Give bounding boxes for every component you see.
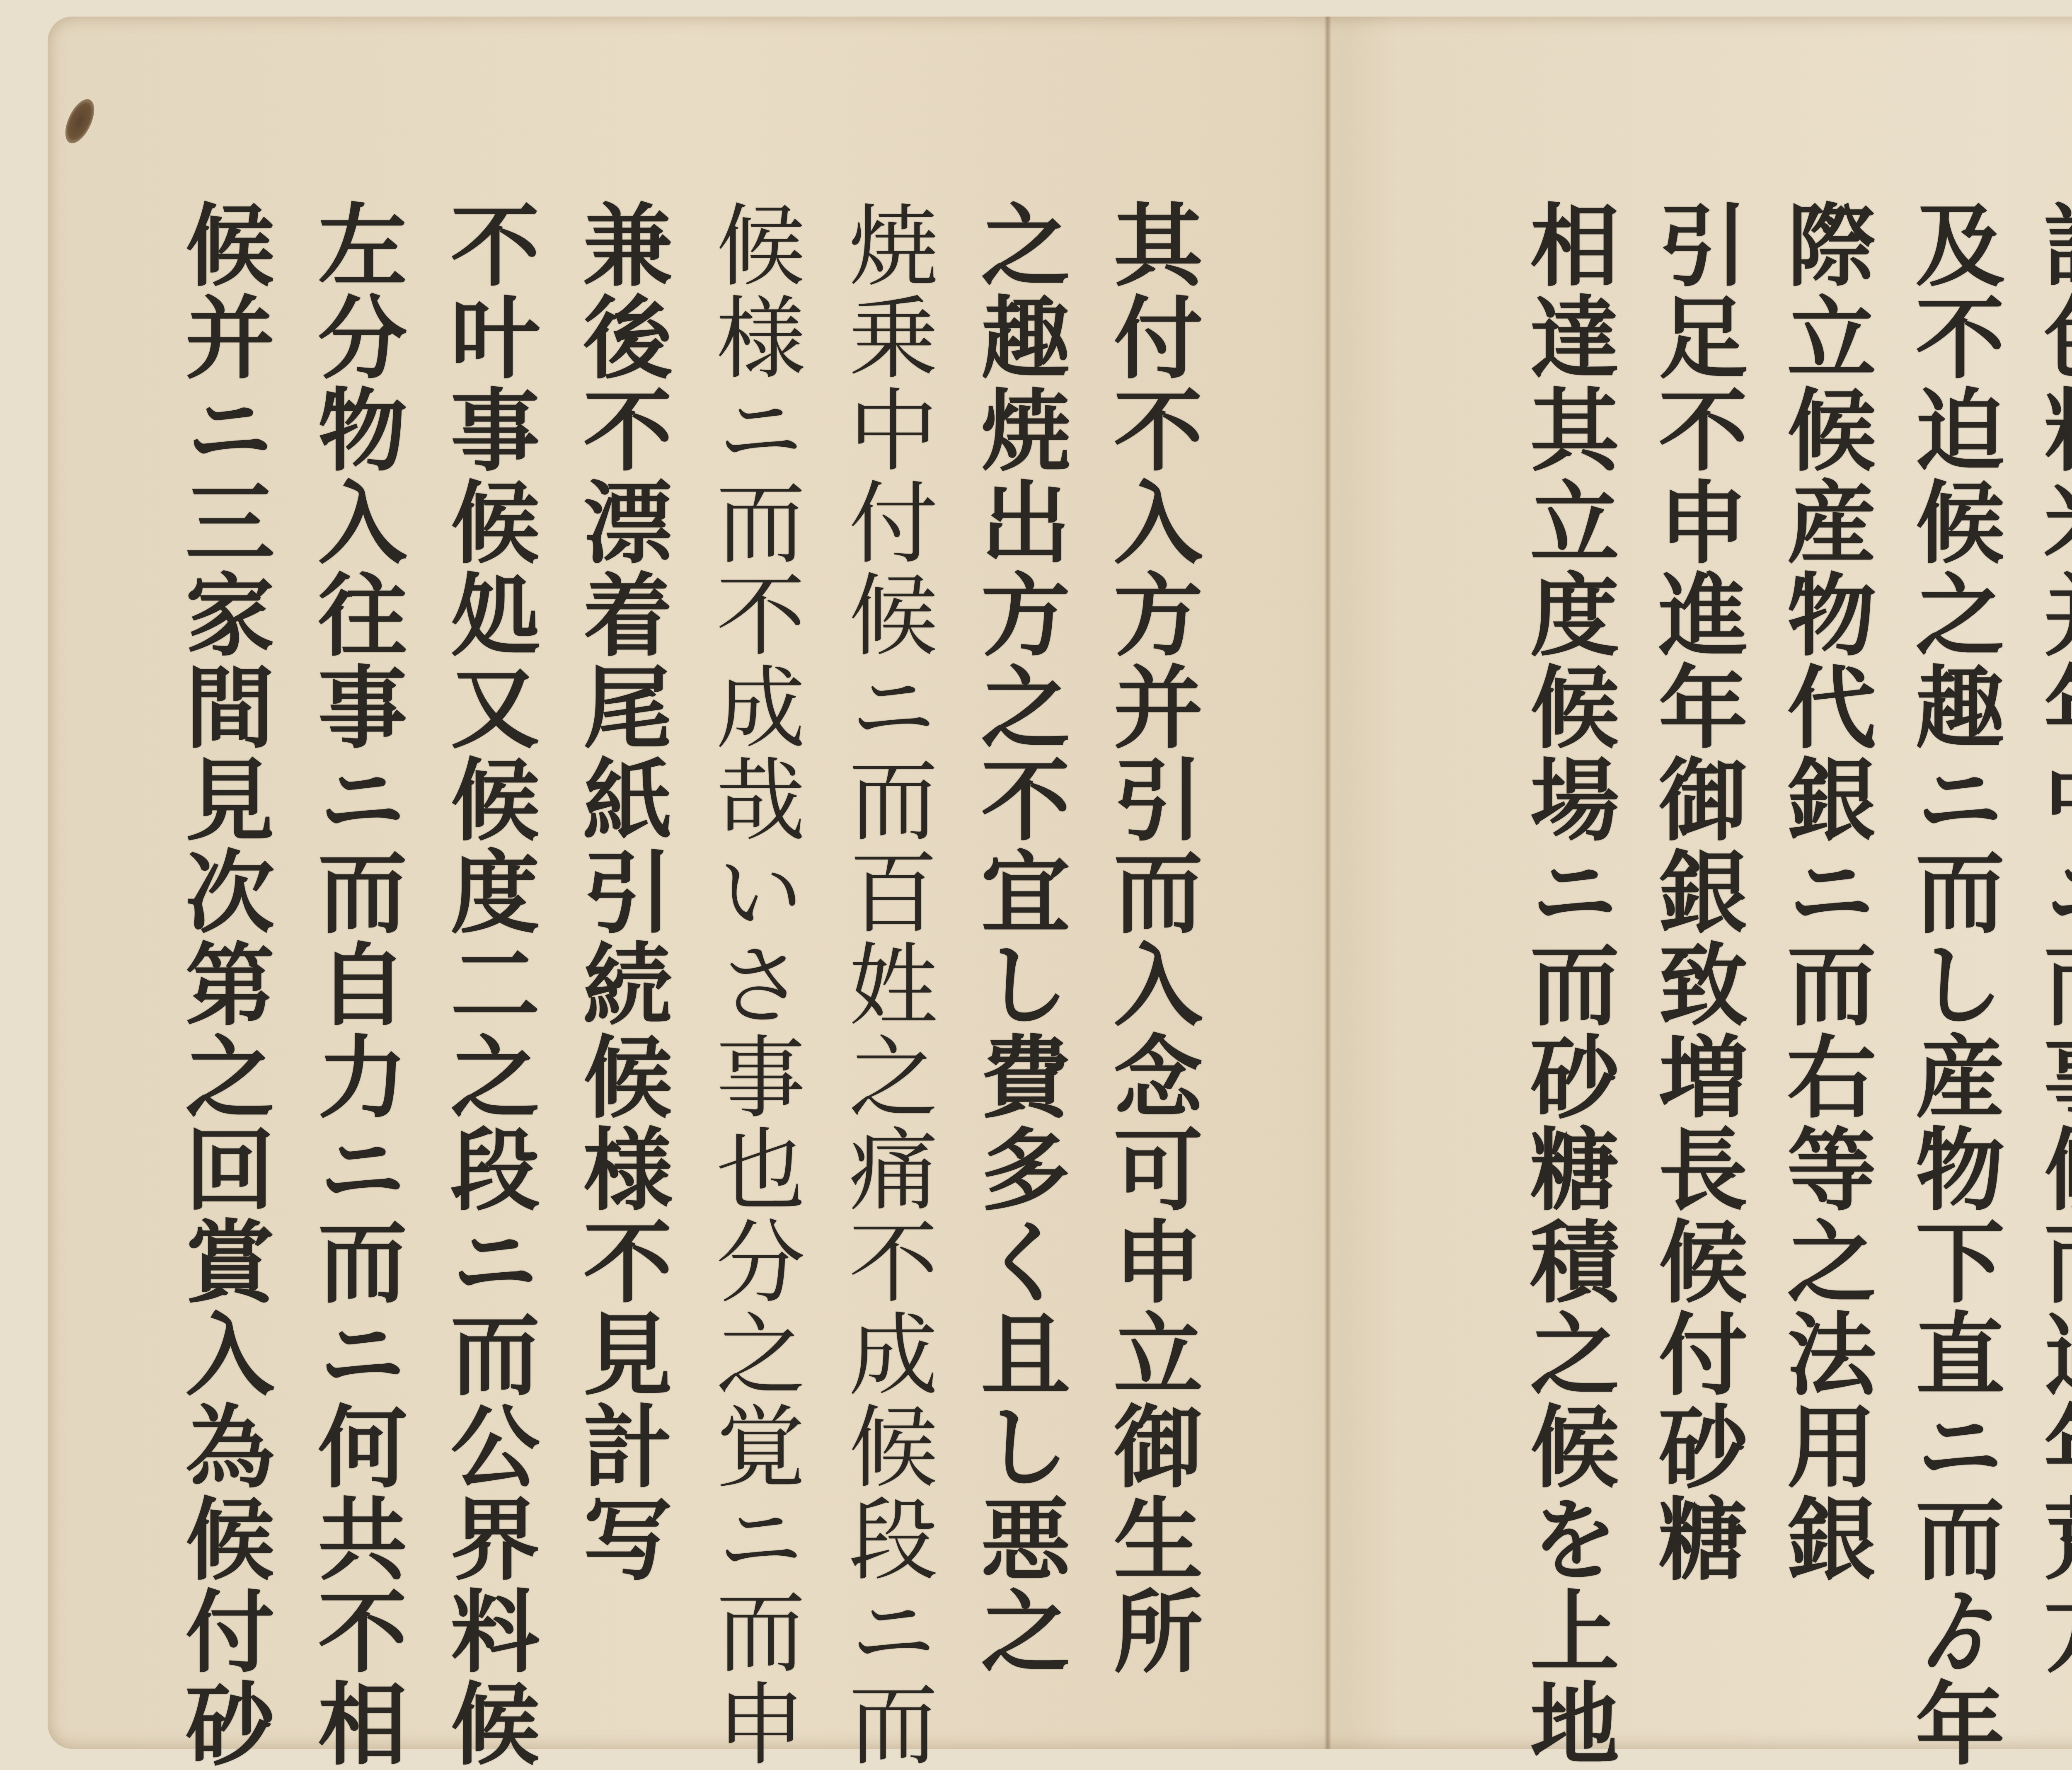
text-column: 際立候産物代銀ニ而右等之法用銀 (1761, 199, 1877, 1645)
text-column: 相達其立度候場ニ而砂糖積之候を上地 (1504, 199, 1620, 1645)
right-page: 取之候所候之其紙候過候其忠入候得 琉球小国ニ而産物少々而砂糖代銀を以 渡唐銀并諸… (1330, 17, 2072, 1749)
left-page: 其付不入方并引而入念可申立御生所 之趣焼出方之不宜し費多く且し悪之 焼乗中付候ニ… (48, 17, 1328, 1749)
text-column: 左分物入往事ニ而自力ニ而ニ何共不相調得 (292, 199, 408, 1645)
text-column: 其付不入方并引而入念可申立御生所 (1088, 199, 1204, 1645)
text-column: 兼後不漂着尾紙引続候様不見計写 (557, 199, 673, 1645)
text-column: 候并ニ三家間見次第之回賞入為候付砂糖 (160, 199, 276, 1645)
text-column: 之趣焼出方之不宜し費多く且し悪之 (955, 199, 1071, 1645)
text-column: 諸色料米并年中ニ而事候而過年荒方 (2018, 199, 2072, 1645)
text-column: 及不迫候之趣ニ而し産物下直ニ而ゟ年ゟ (1890, 199, 2006, 1645)
text-column: 焼乗中付候ニ而百姓之痛不成候段ニ而無中付 (823, 199, 939, 1645)
left-page-columns: 其付不入方并引而入念可申立御生所 之趣焼出方之不宜し費多く且し悪之 焼乗中付候ニ… (48, 199, 1328, 1645)
right-page-columns: 取之候所候之其紙候過候其忠入候得 琉球小国ニ而産物少々而砂糖代銀を以 渡唐銀并諸… (1330, 199, 2072, 1645)
text-column: 候様ニ而不成哉いさ事也分之覚ニ而申 (690, 199, 806, 1645)
text-column: 不叶事候処又候度二之段ニ而公界料候見 (425, 199, 541, 1645)
text-column: 引足不申進年御銀致増長候付砂糖 (1633, 199, 1749, 1645)
